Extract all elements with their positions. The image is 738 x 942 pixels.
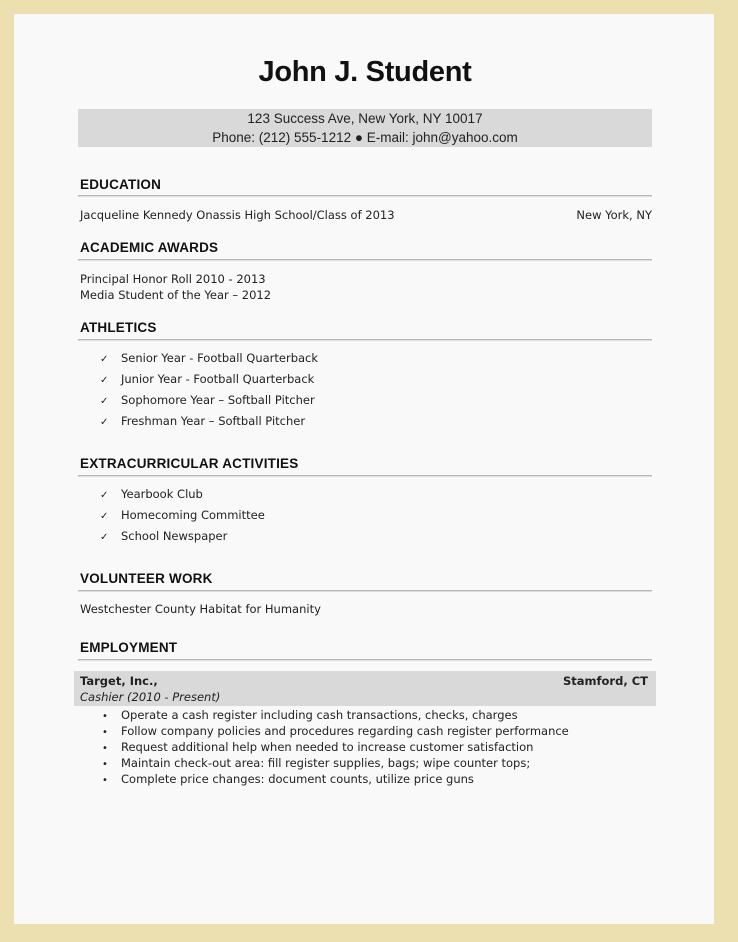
employer-location: Stamford, CT [563, 674, 648, 688]
award-item: Principal Honor Roll 2010 - 2013 [80, 272, 266, 286]
extracurricular-item: ✓Yearbook Club [100, 487, 203, 501]
section-divider [78, 590, 652, 591]
section-title-education: EDUCATION [80, 177, 161, 192]
contact-band: 123 Success Ave, New York, NY 10017 Phon… [78, 109, 652, 147]
bullet-icon: • [102, 727, 121, 738]
candidate-name: John J. Student [0, 56, 730, 89]
duty-item: •Complete price changes: document counts… [102, 772, 474, 786]
checkmark-icon: ✓ [100, 375, 121, 386]
duty-item: •Operate a cash register including cash … [102, 708, 518, 722]
employer-name: Target, Inc., [80, 674, 158, 688]
address: 123 Success Ave, New York, NY 10017 [78, 109, 652, 128]
checkmark-icon: ✓ [100, 490, 121, 501]
checkmark-icon: ✓ [100, 532, 121, 543]
extracurricular-item: ✓School Newspaper [100, 529, 227, 543]
checkmark-icon: ✓ [100, 417, 121, 428]
checkmark-icon: ✓ [100, 511, 121, 522]
checkmark-icon: ✓ [100, 396, 121, 407]
bullet-icon: • [102, 711, 121, 722]
section-divider [78, 659, 652, 660]
bullet-icon: • [102, 775, 121, 786]
section-title-awards: ACADEMIC AWARDS [80, 240, 218, 255]
duty-item: •Follow company policies and procedures … [102, 724, 569, 738]
volunteer-text: Westchester County Habitat for Humanity [80, 602, 321, 616]
section-title-extracurricular: EXTRACURRICULAR ACTIVITIES [80, 456, 298, 471]
duty-item: •Maintain check-out area: fill register … [102, 756, 530, 770]
athletics-item: ✓Senior Year - Football Quarterback [100, 351, 318, 365]
bullet-icon: • [102, 759, 121, 770]
section-divider [78, 339, 652, 340]
education-location: New York, NY [576, 208, 652, 222]
bullet-icon: • [102, 743, 121, 754]
employment-header-band: Target, Inc., Stamford, CT Cashier (2010… [74, 671, 656, 706]
section-title-employment: EMPLOYMENT [80, 640, 177, 655]
section-divider [78, 475, 652, 476]
award-item: Media Student of the Year – 2012 [80, 288, 271, 302]
phone-email: Phone: (212) 555-1212 ● E-mail: john@yah… [78, 128, 652, 147]
section-title-volunteer: VOLUNTEER WORK [80, 571, 213, 586]
duty-item: •Request additional help when needed to … [102, 740, 533, 754]
education-school: Jacqueline Kennedy Onassis High School/C… [80, 208, 395, 222]
section-title-athletics: ATHLETICS [80, 320, 157, 335]
section-divider [78, 195, 652, 196]
section-divider [78, 259, 652, 260]
extracurricular-item: ✓Homecoming Committee [100, 508, 265, 522]
athletics-item: ✓Sophomore Year – Softball Pitcher [100, 393, 315, 407]
athletics-item: ✓Freshman Year – Softball Pitcher [100, 414, 305, 428]
athletics-item: ✓Junior Year - Football Quarterback [100, 372, 314, 386]
checkmark-icon: ✓ [100, 354, 121, 365]
job-title: Cashier (2010 - Present) [80, 690, 220, 704]
